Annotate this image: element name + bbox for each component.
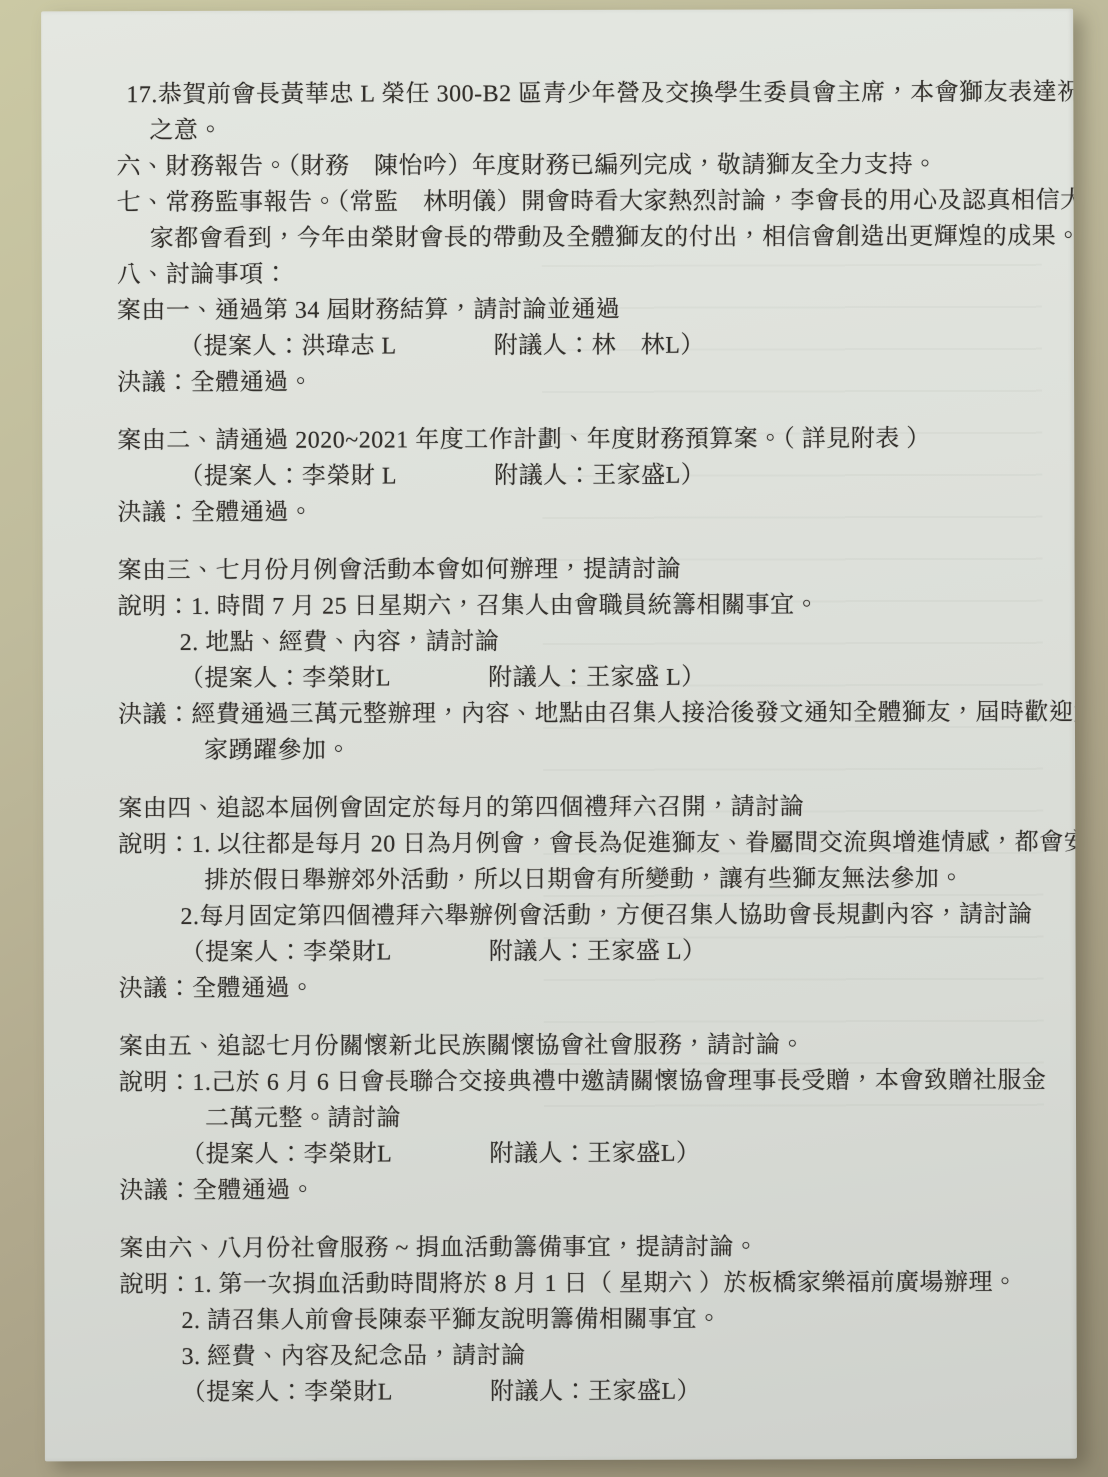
document-line: 六、財務報告。（財務 陳怡吟）年度財務已編列完成，敬請獅友全力支持。 <box>116 147 1051 185</box>
document-line: 家都會看到，今年由榮財會長的帶動及全體獅友的付出，相信會創造出更輝煌的成果。 <box>117 219 1052 257</box>
document-line: 決議：全體通過。 <box>119 1171 1054 1209</box>
document-line: 決議：經費通過三萬元整辦理，內容、地點由召集人接洽後發文通知全體獅友，屆時歡迎大 <box>118 695 1053 733</box>
document-line: 2. 地點、經費、內容，請討論 <box>118 623 1053 661</box>
document-line: 七、常務監事報告。（常監 林明儀）開會時看大家熱烈討論，李會長的用心及認真相信大 <box>117 183 1052 221</box>
document-line: 案由三、七月份月例會活動本會如何辦理，提請討論 <box>118 551 1053 589</box>
document-text-block: 17.恭賀前會長黃華忠 L 榮任 300-B2 區青少年營及交換學生委員會主席，… <box>116 75 1054 1411</box>
document-line: （提案人：李榮財L 附議人：王家盛 L） <box>118 659 1053 697</box>
document-line: 說明：1. 時間 7 月 25 日星期六，召集人由會職員統籌相關事宜。 <box>118 587 1053 625</box>
document-line: 之意。 <box>116 111 1051 149</box>
desk-surface: { "page": { "colors": { "desk_light": "#… <box>0 0 1108 1477</box>
document-line: 17.恭賀前會長黃華忠 L 榮任 300-B2 區青少年營及交換學生委員會主席，… <box>116 75 1051 113</box>
document-line: 案由四、追認本屆例會固定於每月的第四個禮拜六召開，請討論 <box>118 789 1053 827</box>
document-line: 決議：全體通過。 <box>117 363 1052 401</box>
document-line: （提案人：李榮財L 附議人：王家盛 L） <box>119 933 1054 971</box>
document-line: （提案人：洪瑋志 L 附議人：林 林L） <box>117 327 1052 365</box>
document-line: 決議：全體通過。 <box>119 969 1054 1007</box>
document-line: 案由一、通過第 34 屆財務結算，請討論並通過 <box>117 291 1052 329</box>
document-line: 決議：全體通過。 <box>117 493 1052 531</box>
document-line: 八、討論事項： <box>117 255 1052 293</box>
document-line: 二萬元整。請討論 <box>119 1099 1054 1137</box>
document-line: 案由二、請通過 2020~2021 年度工作計劃、年度財務預算案。（ 詳見附表 … <box>117 421 1052 459</box>
document-line: （提案人：李榮財 L 附議人：王家盛L） <box>117 457 1052 495</box>
document-line: （提案人：李榮財L 附議人：王家盛L） <box>120 1373 1055 1411</box>
document-page: 17.恭賀前會長黃華忠 L 榮任 300-B2 區青少年營及交換學生委員會主席，… <box>41 9 1077 1462</box>
document-lines: 17.恭賀前會長黃華忠 L 榮任 300-B2 區青少年營及交換學生委員會主席，… <box>116 75 1054 1411</box>
document-line: 家踴躍參加。 <box>118 731 1053 769</box>
document-line: 3. 經費、內容及紀念品，請討論 <box>120 1337 1055 1375</box>
document-line: 說明：1. 第一次捐血活動時間將於 8 月 1 日（ 星期六 ）於板橋家樂福前廣… <box>119 1265 1054 1303</box>
document-line: （提案人：李榮財L 附議人：王家盛L） <box>119 1135 1054 1173</box>
document-line: 案由五、追認七月份關懷新北民族關懷協會社會服務，請討論。 <box>119 1027 1054 1065</box>
document-line: 排於假日舉辦郊外活動，所以日期會有所變動，讓有些獅友無法參加。 <box>118 861 1053 899</box>
document-line: 說明：1. 以往都是每月 20 日為月例會，會長為促進獅友、眷屬間交流與增進情感… <box>118 825 1053 863</box>
document-line: 2. 請召集人前會長陳泰平獅友說明籌備相關事宜。 <box>119 1301 1054 1339</box>
document-line: 2.每月固定第四個禮拜六舉辦例會活動，方便召集人協助會長規劃內容，請討論 <box>118 897 1053 935</box>
document-line: 說明：1.己於 6 月 6 日會長聯合交接典禮中邀請關懷協會理事長受贈，本會致贈… <box>119 1063 1054 1101</box>
document-line: 案由六、八月份社會服務 ~ 捐血活動籌備事宜，提請討論。 <box>119 1229 1054 1267</box>
